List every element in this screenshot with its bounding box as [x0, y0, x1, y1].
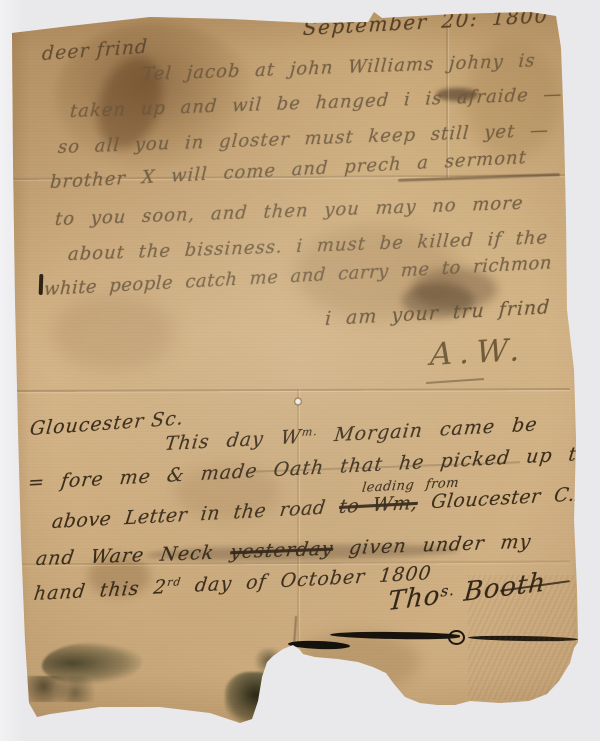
- attestation-line-1-pre: This day W: [164, 426, 303, 455]
- stain-mid-left: [50, 295, 175, 370]
- letter-signature-aw: A.W.: [430, 335, 527, 371]
- attestation-line-5-pre: hand this 2: [33, 576, 168, 605]
- exclamation-mark: [39, 274, 44, 295]
- attestation-line-3-struck-word: to Wm,: [338, 492, 419, 518]
- attestation-line-2: = fore me & made Oath that he picked up …: [27, 444, 600, 493]
- booth-signature-pre: Tho: [387, 580, 442, 617]
- letter-line-2: taken up and wil be hanged i is afraide …: [69, 86, 563, 121]
- scanned-letter-photo: September 20: 1800 deer frind Tel jacob …: [0, 0, 600, 741]
- letter-salutation: deer frind: [42, 38, 149, 65]
- attestation-line-4: and Ware Neck yesterday given under my: [35, 533, 533, 569]
- stain-bottom-center: [295, 632, 420, 692]
- signature-underline: [426, 378, 484, 384]
- ink-blot-above-center: [252, 648, 286, 674]
- ink-scribble-1: [330, 631, 460, 640]
- paper: September 20: 1800 deer frind Tel jacob …: [0, 0, 600, 741]
- attestation-heading: Gloucester Sc.: [29, 409, 185, 439]
- attestation-line-4-struck-word: yesterday: [229, 538, 335, 564]
- attestation-line-3-pre: above Letter in the road: [51, 496, 341, 533]
- pinhole: [294, 397, 302, 406]
- ink-blot-left-small: [42, 642, 142, 684]
- fold-crease-horizontal-2: [14, 388, 570, 392]
- tear-crack: [293, 616, 297, 648]
- ink-blot-left-specks: [26, 676, 96, 702]
- letter-line-5: to you soon, and then you may no more: [54, 195, 524, 229]
- letter-date: September 20: 1800: [302, 5, 549, 38]
- ink-scribble-3: [288, 640, 350, 650]
- letter-line-1: Tel jacob at john Williams johny is: [141, 52, 536, 84]
- ink-blot-center-large: [225, 672, 287, 724]
- letter-closing: i am your tru frind: [325, 298, 551, 329]
- attestation-line-5: hand this 2rd day of October 1800: [33, 563, 433, 604]
- attestation-line-1-sup: m.: [301, 425, 319, 439]
- pen-stroke-after-sermont: [398, 173, 560, 182]
- attestation-line-4-post: given under my: [332, 531, 533, 560]
- booth-signature-post: Booth: [453, 567, 547, 609]
- attestation-line-1-post: Morgain came be: [316, 413, 539, 447]
- ink-scribble-loop-a: [448, 630, 465, 645]
- attestation-line-3: above Letter in the road to Wm,leading f…: [51, 482, 600, 532]
- ink-scribble-2: [468, 635, 578, 642]
- attestation-line-4-pre: and Ware Neck: [35, 541, 232, 570]
